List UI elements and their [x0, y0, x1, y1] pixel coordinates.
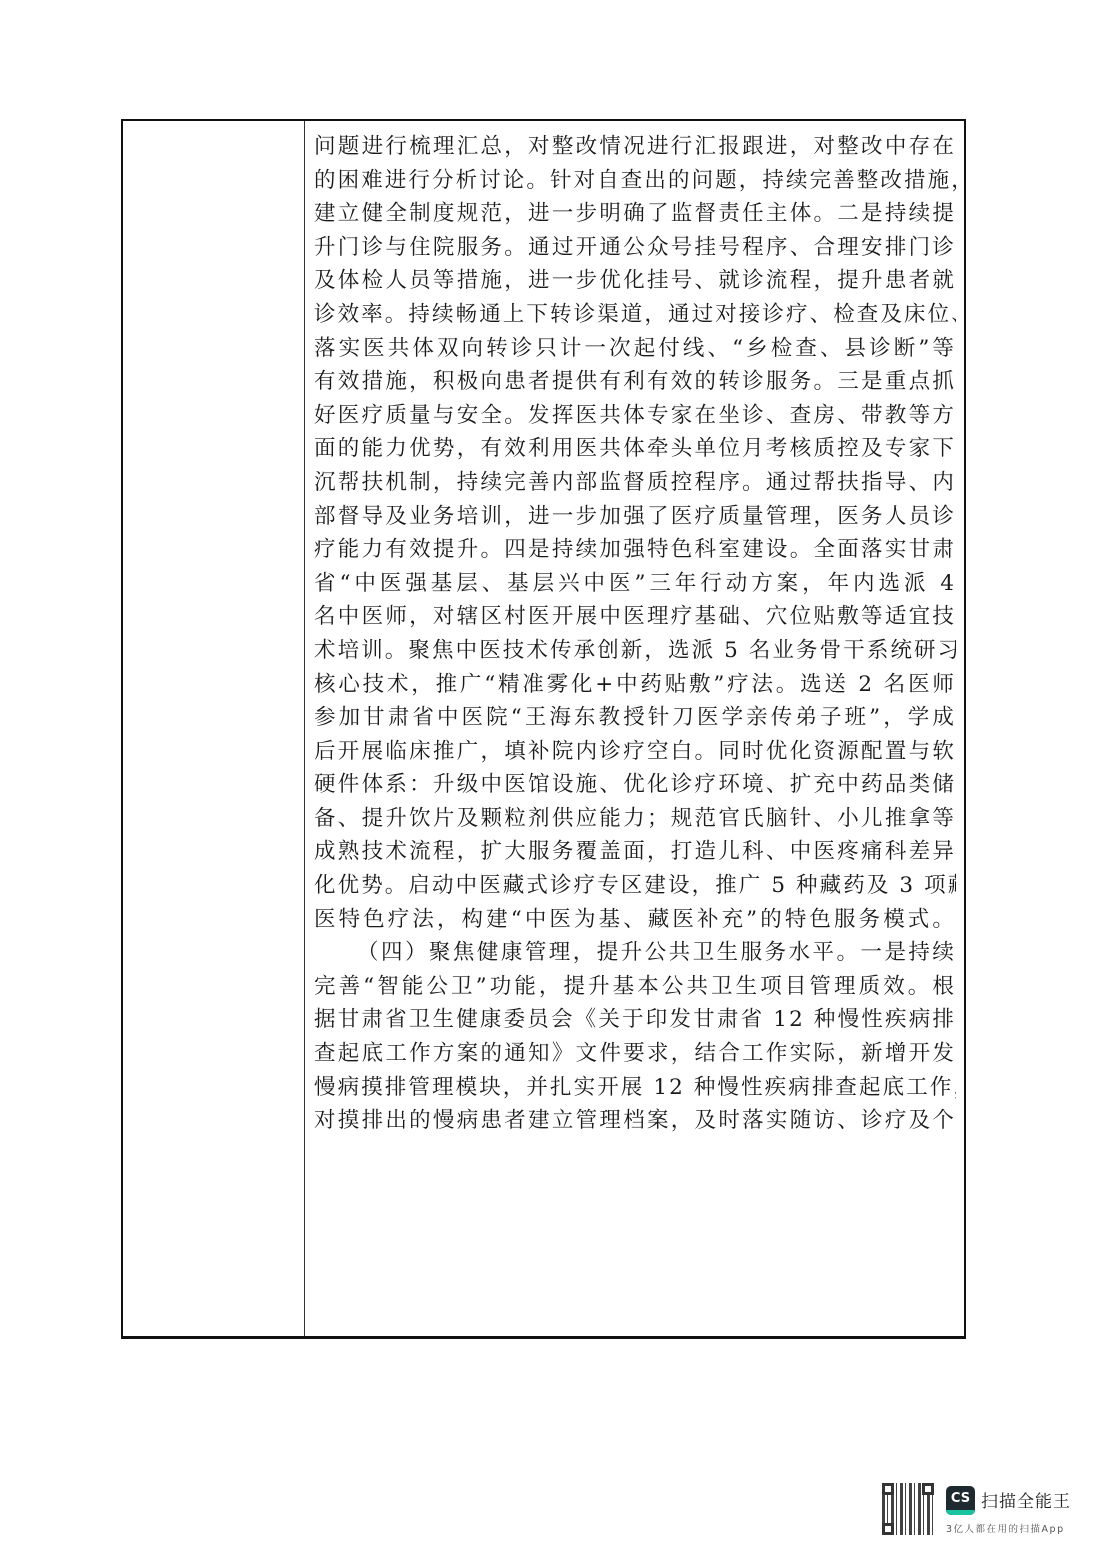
text-line: 有效措施，积极向患者提供有利有效的转诊服务。三是重点抓: [314, 365, 956, 399]
text-line: 硬件体系：升级中医馆设施、优化诊疗环境、扩充中药品类储: [314, 768, 956, 802]
text-line: 查起底工作方案的通知》文件要求，结合工作实际，新增开发: [314, 1037, 956, 1071]
text-line: 部督导及业务培训，进一步加强了医疗质量管理，医务人员诊: [314, 500, 956, 534]
text-line: 据甘肃省卫生健康委员会《关于印发甘肃省 12 种慢性疾病排: [314, 1003, 956, 1037]
text-line: 沉帮扶机制，持续完善内部监督质控程序。通过帮扶指导、内: [314, 466, 956, 500]
text-line: 的困难进行分析讨论。针对自查出的问题，持续完善整改措施，: [314, 164, 956, 198]
text-line: 升门诊与住院服务。通过开通公众号挂号程序、合理安排门诊: [314, 231, 956, 265]
text-line: 术培训。聚焦中医技术传承创新，选派 5 名业务骨干系统研习: [314, 634, 956, 668]
scanner-watermark: CS 扫描全能王 3亿人都在用的扫描App: [880, 1483, 1095, 1539]
brand-tagline: 3亿人都在用的扫描App: [946, 1521, 1065, 1535]
text-line: 落实医共体双向转诊只计一次起付线、“乡检查、县诊断”等: [314, 332, 956, 366]
qr-code-icon: [882, 1483, 934, 1535]
text-line: 医特色疗法，构建“中医为基、藏医补充”的特色服务模式。: [314, 903, 956, 937]
text-line: 对摸排出的慢病患者建立管理档案，及时落实随访、诊疗及个: [314, 1104, 956, 1138]
section-heading-line: （四）聚焦健康管理，提升公共卫生服务水平。一是持续: [314, 936, 956, 970]
text-line: 省“中医强基层、基层兴中医”三年行动方案，年内选派 4: [314, 567, 956, 601]
text-line: 后开展临床推广，填补院内诊疗空白。同时优化资源配置与软: [314, 735, 956, 769]
text-line: 疗能力有效提升。四是持续加强特色科室建设。全面落实甘肃: [314, 533, 956, 567]
text-line: 参加甘肃省中医院“王海东教授针刀医学亲传弟子班”，学成: [314, 701, 956, 735]
text-line: 备、提升饮片及颗粒剂供应能力；规范官氏脑针、小儿推拿等: [314, 802, 956, 836]
camscanner-logo-icon: CS: [946, 1486, 975, 1515]
text-line: 好医疗质量与安全。发挥医共体专家在坐诊、查房、带教等方: [314, 399, 956, 433]
text-line: 化优势。启动中医藏式诊疗专区建设，推广 5 种藏药及 3 项藏: [314, 869, 956, 903]
text-line: 问题进行梳理汇总，对整改情况进行汇报跟进，对整改中存在: [314, 130, 956, 164]
text-line: 成熟技术流程，扩大服务覆盖面，打造儿科、中医疼痛科差异: [314, 835, 956, 869]
brand-name: 扫描全能王: [981, 1487, 1071, 1512]
text-line: 慢病摸排管理模块，并扎实开展 12 种慢性疾病排查起底工作，: [314, 1071, 956, 1105]
content-table: 问题进行梳理汇总，对整改情况进行汇报跟进，对整改中存在 的困难进行分析讨论。针对…: [121, 119, 966, 1339]
text-line: 建立健全制度规范，进一步明确了监督责任主体。二是持续提: [314, 197, 956, 231]
text-line: 名中医师，对辖区村医开展中医理疗基础、穴位贴敷等适宜技: [314, 600, 956, 634]
text-line: 及体检人员等措施，进一步优化挂号、就诊流程，提升患者就: [314, 264, 956, 298]
text-line: 核心技术，推广“精准雾化+中药贴敷”疗法。选送 2 名医师: [314, 668, 956, 702]
table-left-cell: [123, 121, 305, 1336]
text-line: 面的能力优势，有效利用医共体牵头单位月考核质控及专家下: [314, 432, 956, 466]
text-line: 完善“智能公卫”功能，提升基本公共卫生项目管理质效。根: [314, 970, 956, 1004]
table-right-cell: 问题进行梳理汇总，对整改情况进行汇报跟进，对整改中存在 的困难进行分析讨论。针对…: [306, 121, 964, 1336]
text-line: 诊效率。持续畅通上下转诊渠道，通过对接诊疗、检查及床位、: [314, 298, 956, 332]
